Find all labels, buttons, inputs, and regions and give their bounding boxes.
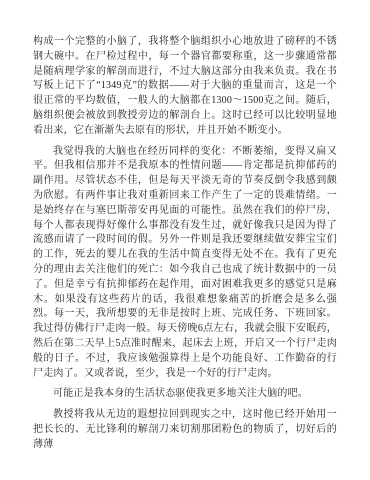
ebook-page: 构成一个完整的小脑了，我将整个脑组织小心地放进了磅秤的不锈钢大碗中。在尸检过程中… <box>0 0 370 480</box>
paragraph-1: 构成一个完整的小脑了，我将整个脑组织小心地放进了磅秤的不锈钢大碗中。在尸检过程中… <box>33 35 337 139</box>
paragraph-4: 教授将我从无边的遐想拉回到现实之中，这时他已经开始用一把长长的、无比锋利的解剖刀… <box>33 408 337 452</box>
paragraph-2: 我觉得我的大脑也在经历同样的变化：不断萎缩，变得又扁又平。但我相信那并不是我原本… <box>33 145 337 382</box>
paragraph-3: 可能正是我本身的生活状态驱使我更多地关注大脑的吧。 <box>33 387 337 402</box>
